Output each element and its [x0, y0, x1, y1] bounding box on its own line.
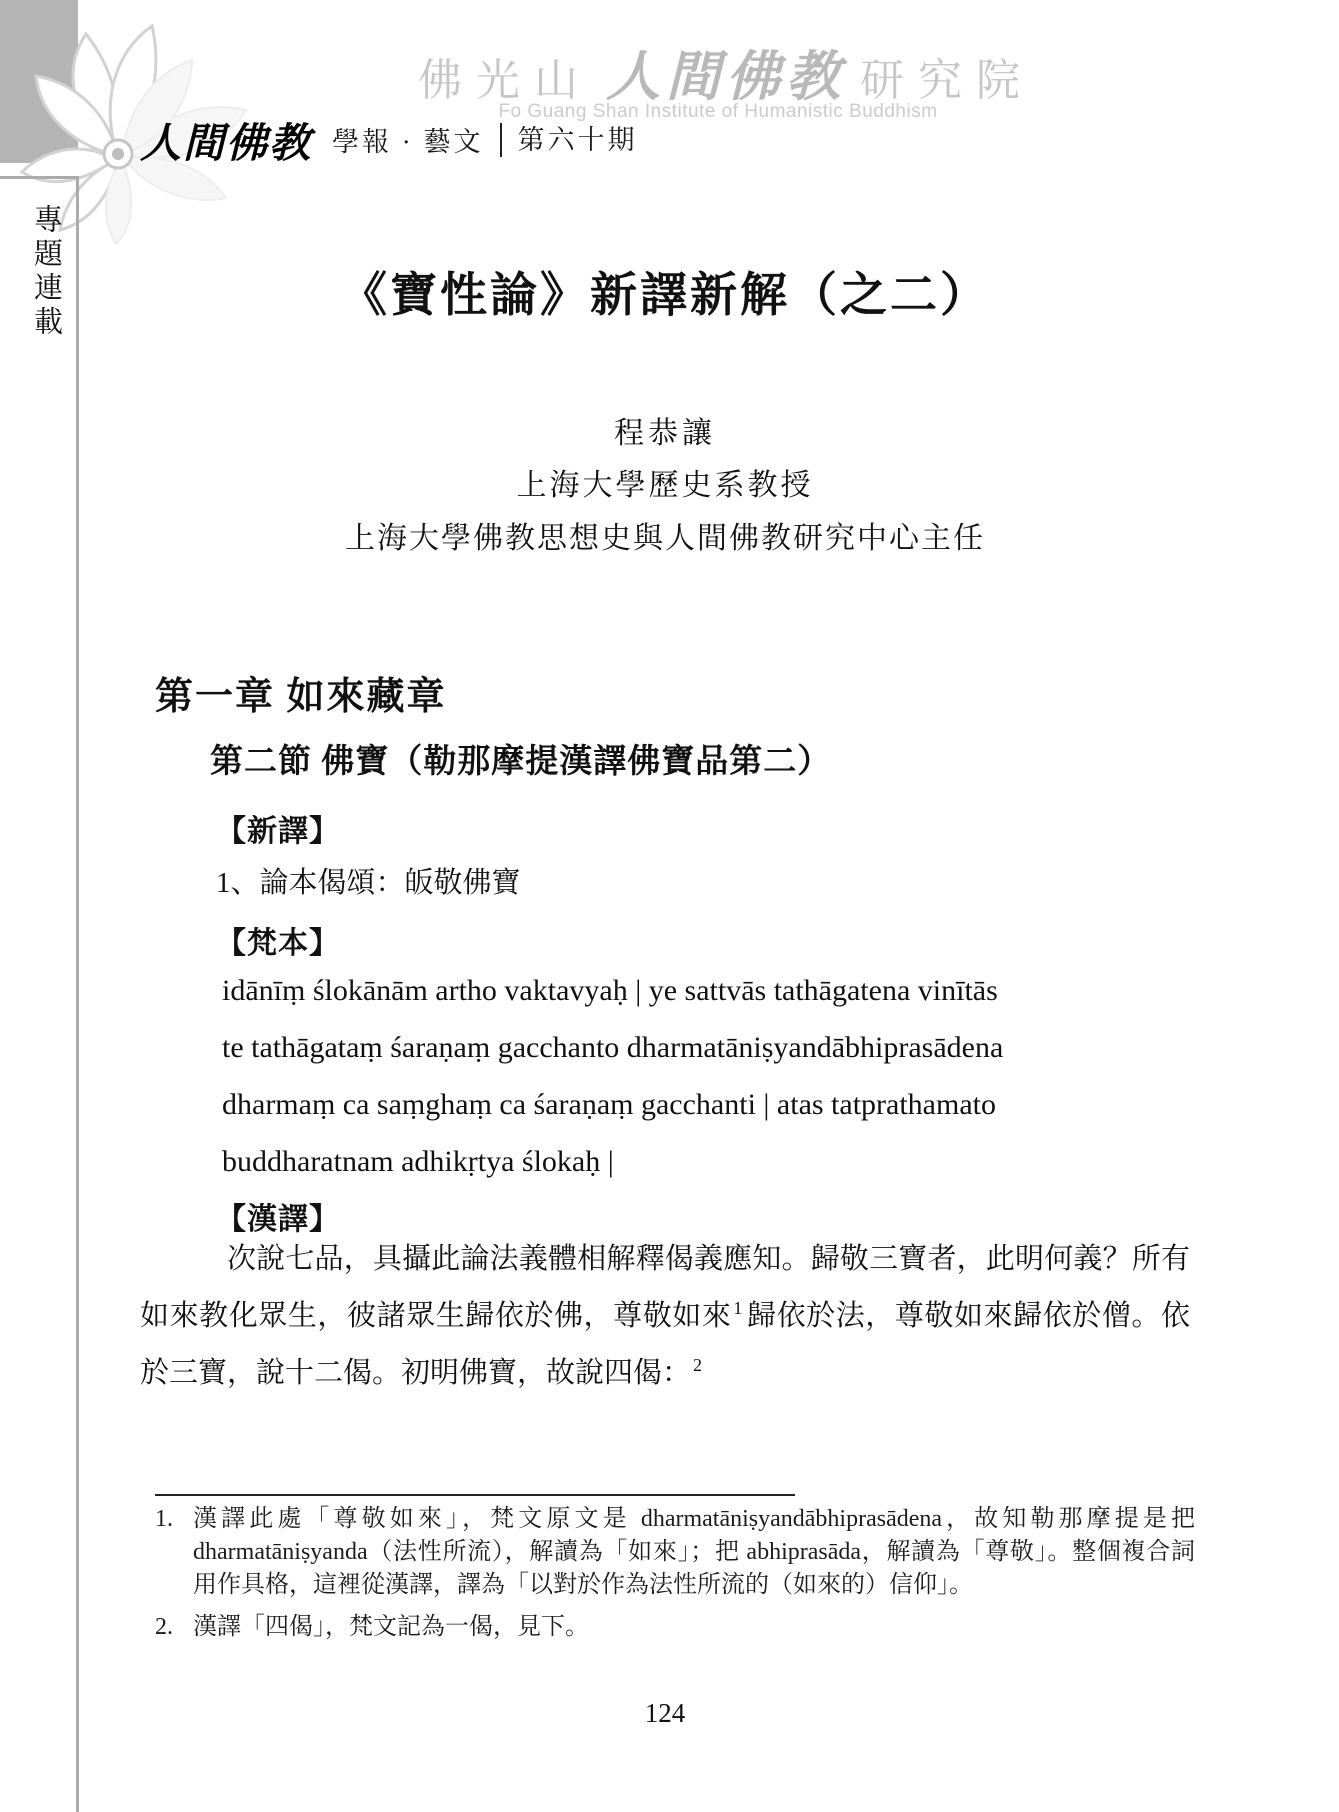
watermark-foguangshan: 佛光山 [418, 56, 592, 105]
footnote-ref-2: 2 [691, 1355, 706, 1375]
footnote-number: 2. [155, 1611, 173, 1644]
journal-page: 專題連載 佛光山 人間佛教 研究院 Fo Guang Shan Institut… [0, 0, 1339, 1812]
masthead-brand-logo: 人間佛教 [140, 110, 312, 169]
sanskrit-line: te tathāgataṃ śaraṇaṃ gacchanto dharmatā… [222, 1019, 1182, 1076]
footnotes-block: 1. 漢譯此處「尊敬如來」，梵文原文是 dharmatāniṣyandābhip… [155, 1503, 1195, 1653]
footnote-text: 漢譯此處「尊敬如來」，梵文原文是 dharmatāniṣyandābhipras… [193, 1506, 1195, 1598]
sidebar-series-label: 專題連載 [26, 204, 67, 340]
footnote-item-2: 2. 漢譯「四偈」，梵文記為一偈，見下。 [155, 1611, 1195, 1644]
label-sanskrit-source: 【梵本】 [216, 918, 340, 962]
watermark-brand-calligraphy: 人間佛教 [606, 47, 846, 107]
sanskrit-line: dharmaṃ ca saṃghaṃ ca śaraṇaṃ gacchanti … [222, 1076, 1182, 1133]
sanskrit-text-block: idānīṃ ślokānām artho vaktavyaḥ | ye sat… [222, 962, 1182, 1190]
article-title: 《寶性論》新譯新解（之二） [140, 258, 1190, 325]
footnote-separator-rule [155, 1494, 795, 1496]
article-author: 程恭讓 [140, 408, 1190, 452]
page-number: 124 [140, 1698, 1190, 1729]
footnote-item-1: 1. 漢譯此處「尊敬如來」，梵文原文是 dharmatāniṣyandābhip… [155, 1503, 1195, 1602]
masthead-journal-name: 學報 · 藝文 [332, 120, 484, 159]
chapter-heading: 第一章 如來藏章 [155, 665, 447, 720]
chinese-translation-paragraph: 次說七品，具攝此論法義體相解釋偈義應知。歸敬三寶者，此明何義？所有如來教化眾生，… [140, 1231, 1190, 1402]
label-new-translation: 【新譯】 [216, 806, 340, 850]
left-vertical-rule [76, 176, 79, 1812]
watermark-institute: 研究院 [860, 56, 1034, 105]
journal-masthead: 人間佛教 學報 · 藝文 第六十期 [140, 110, 638, 169]
sanskrit-line: idānīṃ ślokānām artho vaktavyaḥ | ye sat… [222, 962, 1182, 1019]
footnote-number: 1. [155, 1503, 173, 1536]
sanskrit-line: buddharatnam adhikṛtya ślokaḥ | [222, 1133, 1182, 1190]
author-affiliation-2: 上海大學佛教思想史與人間佛教研究中心主任 [140, 513, 1190, 557]
footnote-text: 漢譯「四偈」，梵文記為一偈，見下。 [193, 1614, 589, 1640]
corner-horizontal-rule [0, 176, 78, 179]
section-heading: 第二節 佛寶（勒那摩提漢譯佛寶品第二） [210, 735, 831, 782]
institute-watermark: 佛光山 人間佛教 研究院 [418, 34, 1034, 111]
masthead-issue-number: 第六十期 [500, 123, 638, 157]
footnote-ref-1: 1 [731, 1298, 746, 1318]
verse-item-line: 1、論本偈頌：皈敬佛寶 [216, 860, 521, 901]
author-affiliation-1: 上海大學歷史系教授 [140, 460, 1190, 504]
